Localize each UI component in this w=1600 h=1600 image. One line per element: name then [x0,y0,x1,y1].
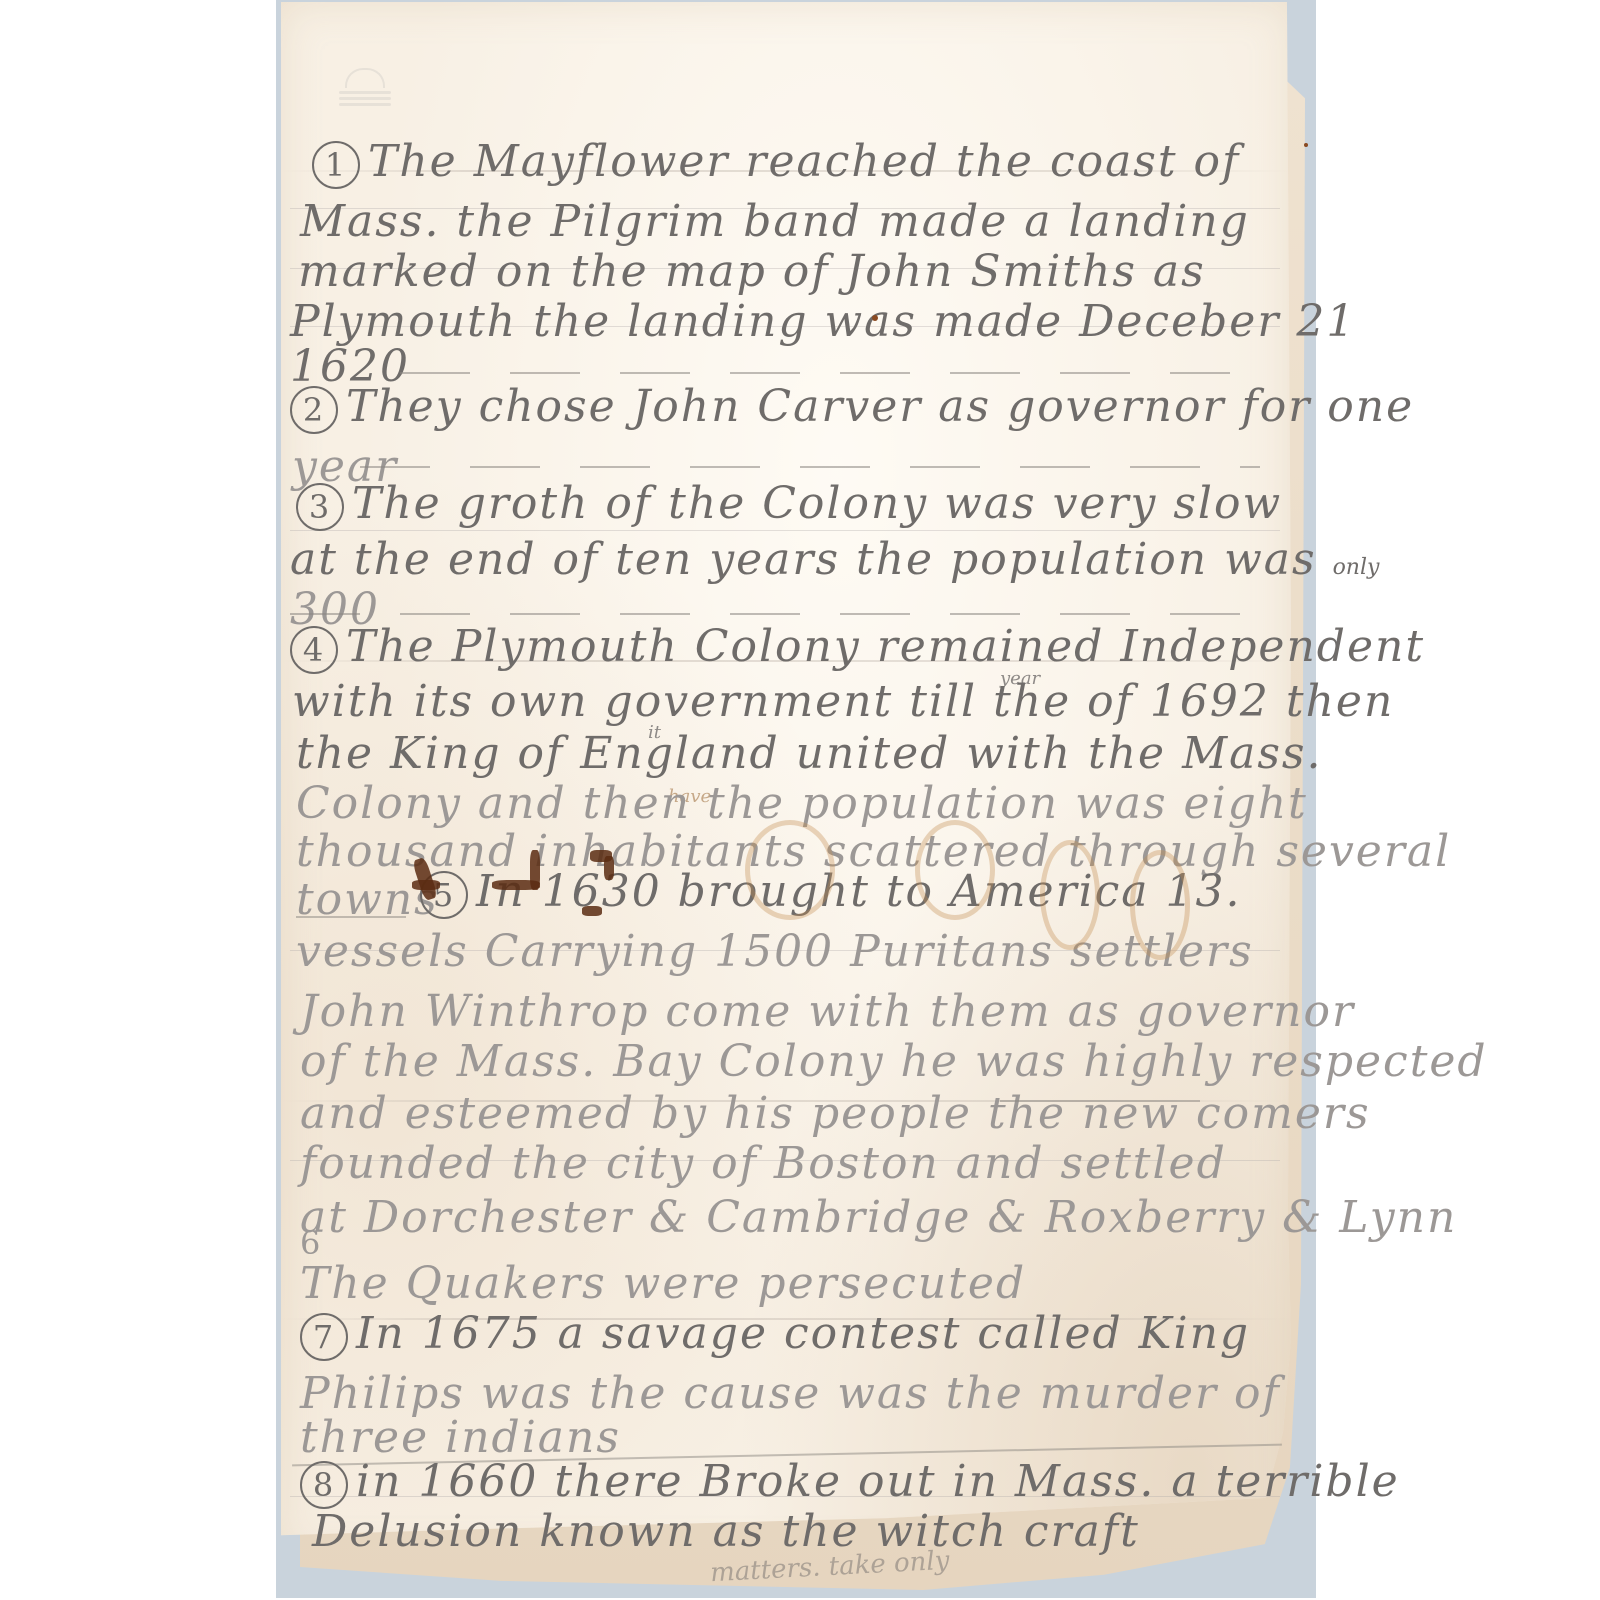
entry-number: 2 [290,386,338,434]
ink-spot [1304,143,1308,147]
underline [296,916,406,918]
separator-dashes [360,466,1260,468]
entry-4-line-1: 4The Plymouth Colony remained Independen… [290,625,1425,674]
entry-1-line-2: Mass. the Pilgrim band made a landing [300,200,1250,244]
entry-5-line-4: of the Mass. Bay Colony he was highly re… [300,1040,1488,1084]
entry-6-line-1: The Quakers were persecuted [300,1262,1026,1306]
entry-7-line-3: three indians [300,1416,621,1460]
entry-number: 4 [290,626,338,674]
entry-1-line-3: marked on the map of John Smiths as [298,250,1206,294]
underline [1000,1100,1200,1102]
entry-7-line-2: Philips was the cause was the murder of [300,1372,1281,1416]
entry-3-line-1: 3The groth of the Colony was very slow [296,482,1282,531]
separator-dashes [400,372,1230,374]
rust-stain [582,906,602,916]
rust-stain [604,856,614,880]
entry-1-line-4: Plymouth the landing was made Deceber 21 [290,300,1356,344]
entry-number: 8 [300,1461,348,1509]
water-stain-ring [745,820,835,920]
entry-4-line-4: Colony and then the population was eight [296,782,1308,826]
entry-5-line-7: at Dorchester & Cambridge & Roxberry & L… [300,1196,1457,1240]
entry-8-line-1: 8in 1660 there Broke out in Mass. a terr… [300,1460,1400,1509]
rust-stain [530,850,540,890]
separator-dashes [290,613,1270,615]
entry-1-line-1: 1The Mayflower reached the coast of [312,140,1240,189]
water-stain-ring [915,820,995,920]
entry-number: 3 [296,483,344,531]
rust-stain [412,880,440,890]
entry-5-line-5: and esteemed by his people the new comer… [300,1092,1371,1136]
water-stain-ring [1040,840,1100,950]
embossed-stationery-mark [335,68,395,112]
entry-5-line-6: founded the city of Boston and settled [300,1142,1227,1186]
entry-number: 1 [312,141,360,189]
entry-4-line-2: with its own government till the of 1692… [292,680,1394,724]
entry-7-line-1: 7In 1675 a savage contest called King [300,1312,1250,1361]
ink-spot [872,315,878,321]
entry-5-line-3: John Winthrop come with them as governor [300,990,1355,1034]
entry-3-line-2: at the end of ten years the population w… [290,538,1379,582]
entry-number: 7 [300,1313,348,1361]
entry-4-line-3: the King of England united with the Mass… [296,732,1323,776]
entry-5-line-2: vessels Carrying 1500 Puritans settlers [296,930,1254,974]
entry-2-line-1: 2They chose John Carver as governor for … [290,385,1414,434]
water-stain-ring [1130,850,1190,960]
entry-8-line-2: Delusion known as the witch craft [312,1510,1140,1554]
